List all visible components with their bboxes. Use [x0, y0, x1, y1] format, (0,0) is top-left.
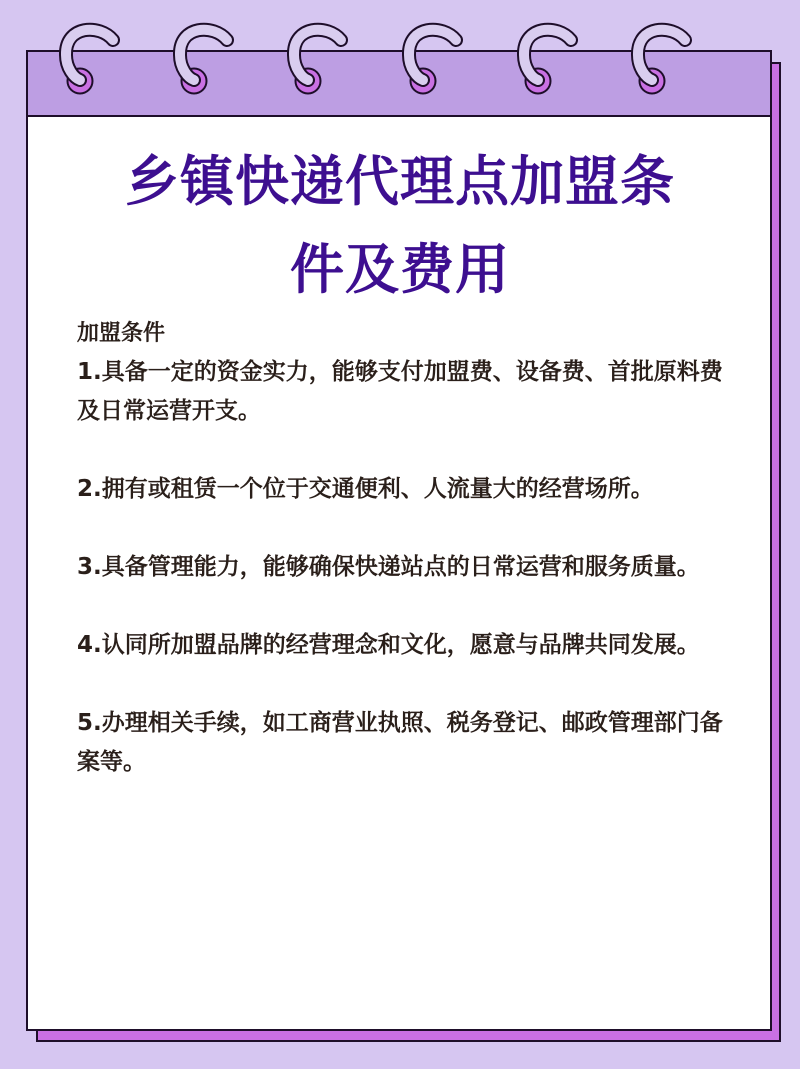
section-heading: 加盟条件 — [77, 314, 727, 353]
condition-item-4: 4.认同所加盟品牌的经营理念和文化，愿意与品牌共同发展。 — [77, 626, 727, 665]
page-title: 乡镇快递代理点加盟条 件及费用 — [0, 138, 800, 314]
condition-item-2: 2.拥有或租赁一个位于交通便利、人流量大的经营场所。 — [77, 470, 727, 509]
condition-item-5: 5.办理相关手续，如工商营业执照、税务登记、邮政管理部门备案等。 — [77, 704, 727, 782]
condition-item-1: 1.具备一定的资金实力，能够支付加盟费、设备费、首批原料费及日常运营开支。 — [77, 353, 727, 431]
condition-item-3: 3.具备管理能力，能够确保快递站点的日常运营和服务质量。 — [77, 548, 727, 587]
title-line-1: 乡镇快递代理点加盟条 — [0, 138, 800, 226]
conditions-section: 加盟条件 1.具备一定的资金实力，能够支付加盟费、设备费、首批原料费及日常运营开… — [77, 314, 727, 821]
binding-header-band — [28, 52, 770, 117]
title-line-2: 件及费用 — [0, 226, 800, 314]
